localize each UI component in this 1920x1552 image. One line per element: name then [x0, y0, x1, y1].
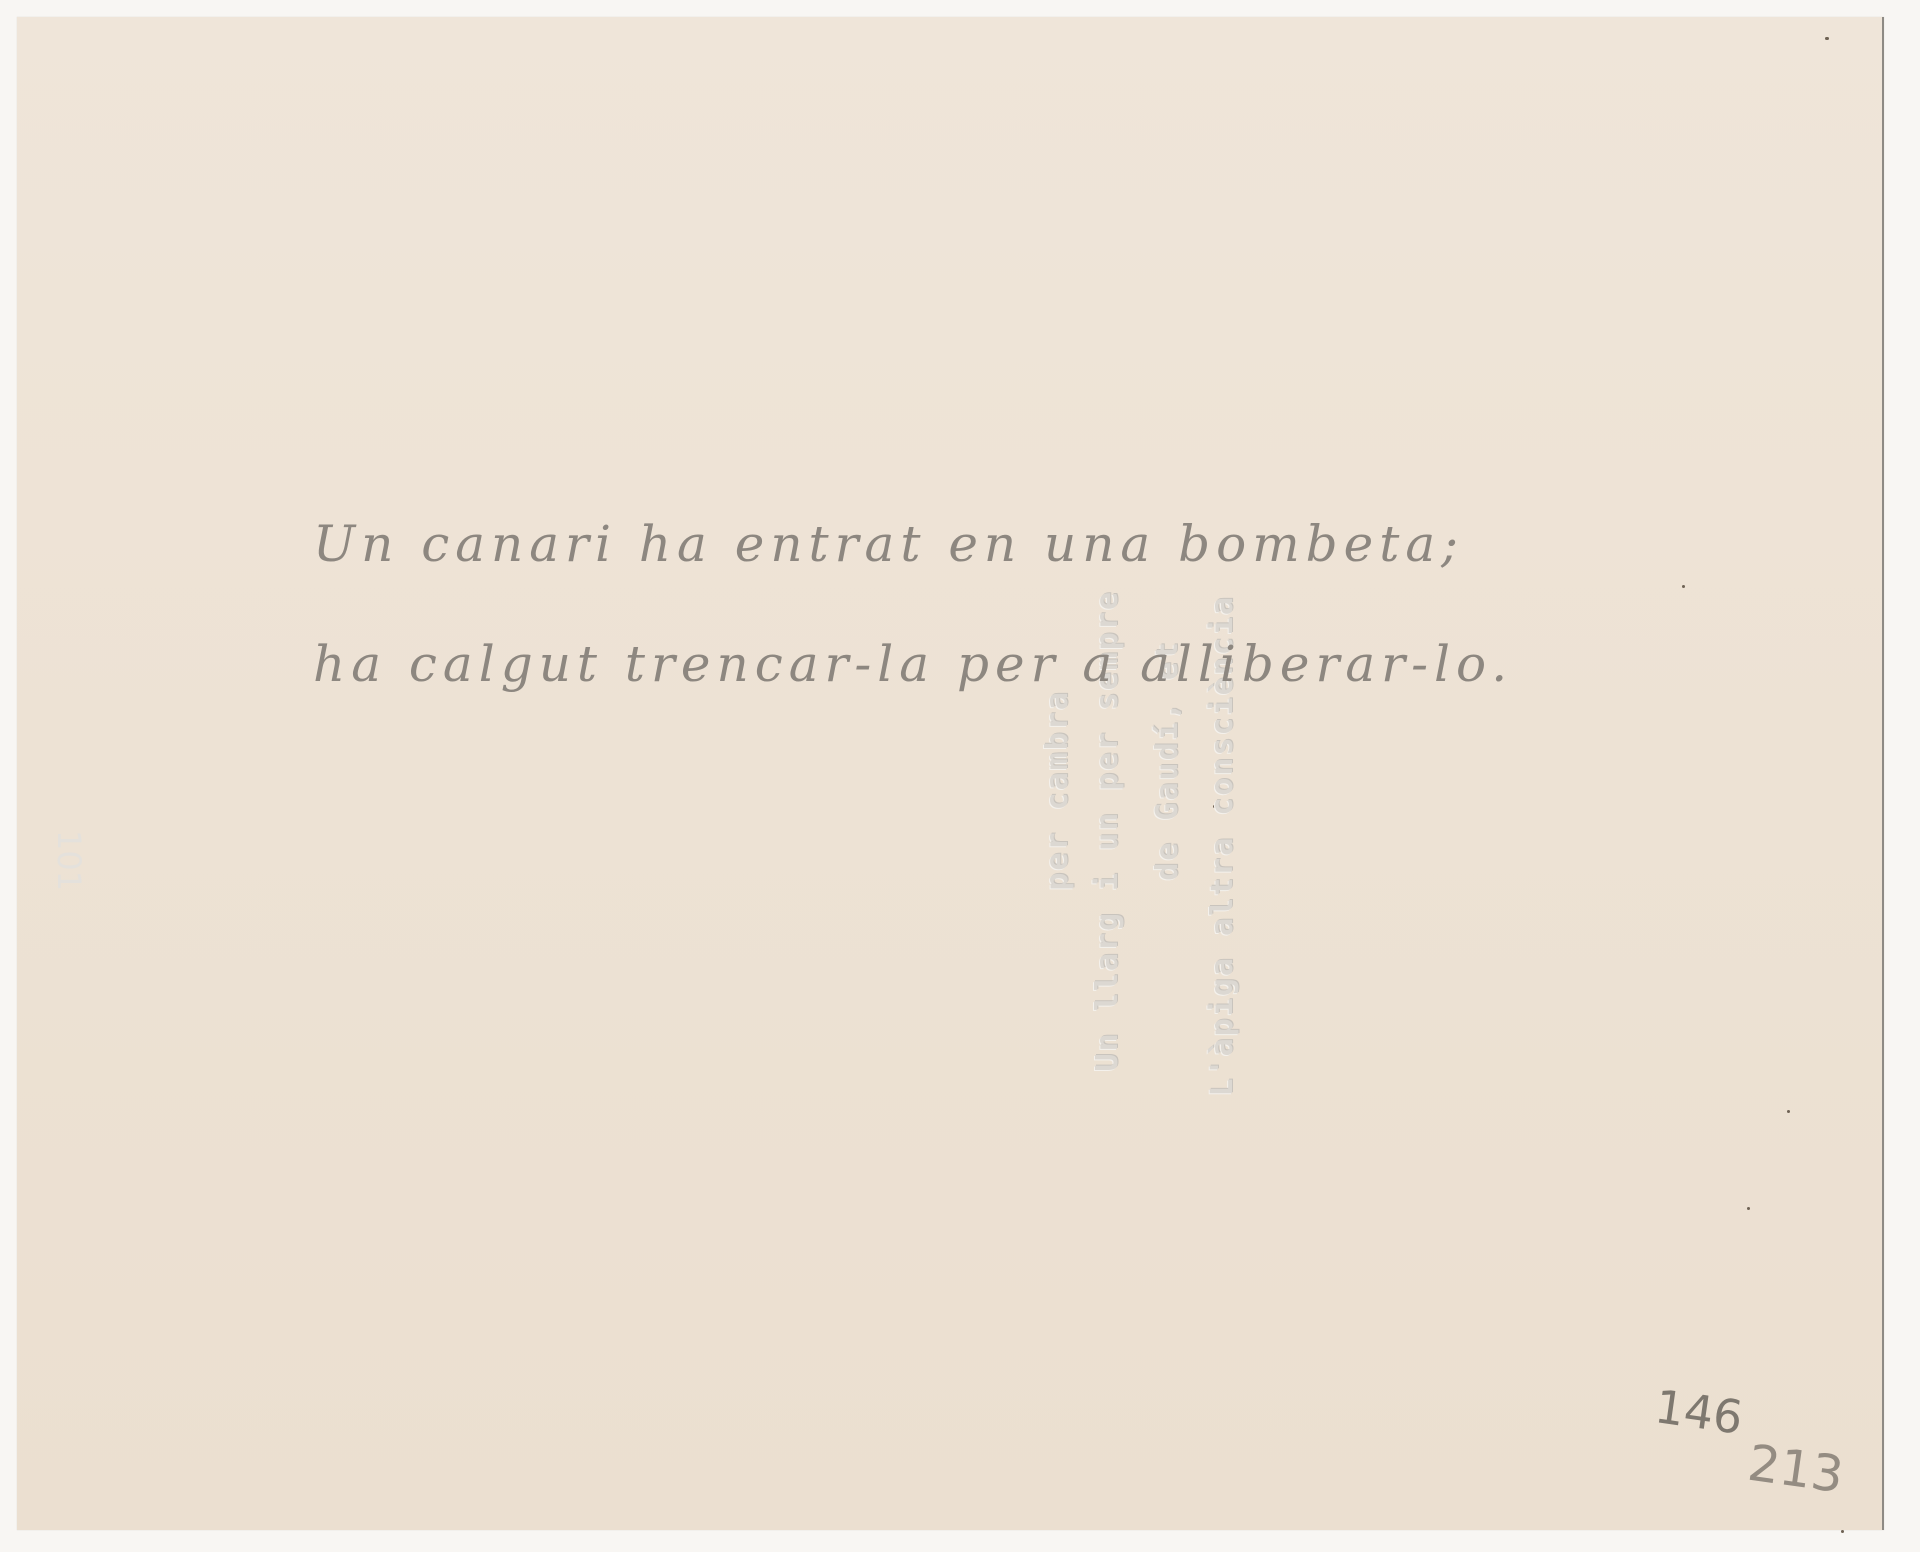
paper-sheet	[17, 17, 1884, 1530]
scan-background: 101 L'àpiga altra consciència de Gaudí, …	[0, 0, 1920, 1552]
paper-speck	[1825, 37, 1829, 40]
handwritten-line-2: ha calgut trencar-la per a alliberar-lo.	[313, 635, 1513, 693]
paper-speck	[1747, 1207, 1750, 1210]
margin-mark: 101	[50, 830, 88, 891]
embossed-text-line-4: per cambra	[1040, 690, 1075, 891]
paper-speck	[1787, 1110, 1790, 1113]
handwritten-line-1: Un canari ha entrat en una bombeta;	[313, 515, 1464, 573]
paper-speck	[1841, 1530, 1844, 1533]
paper-speck	[1682, 585, 1685, 588]
